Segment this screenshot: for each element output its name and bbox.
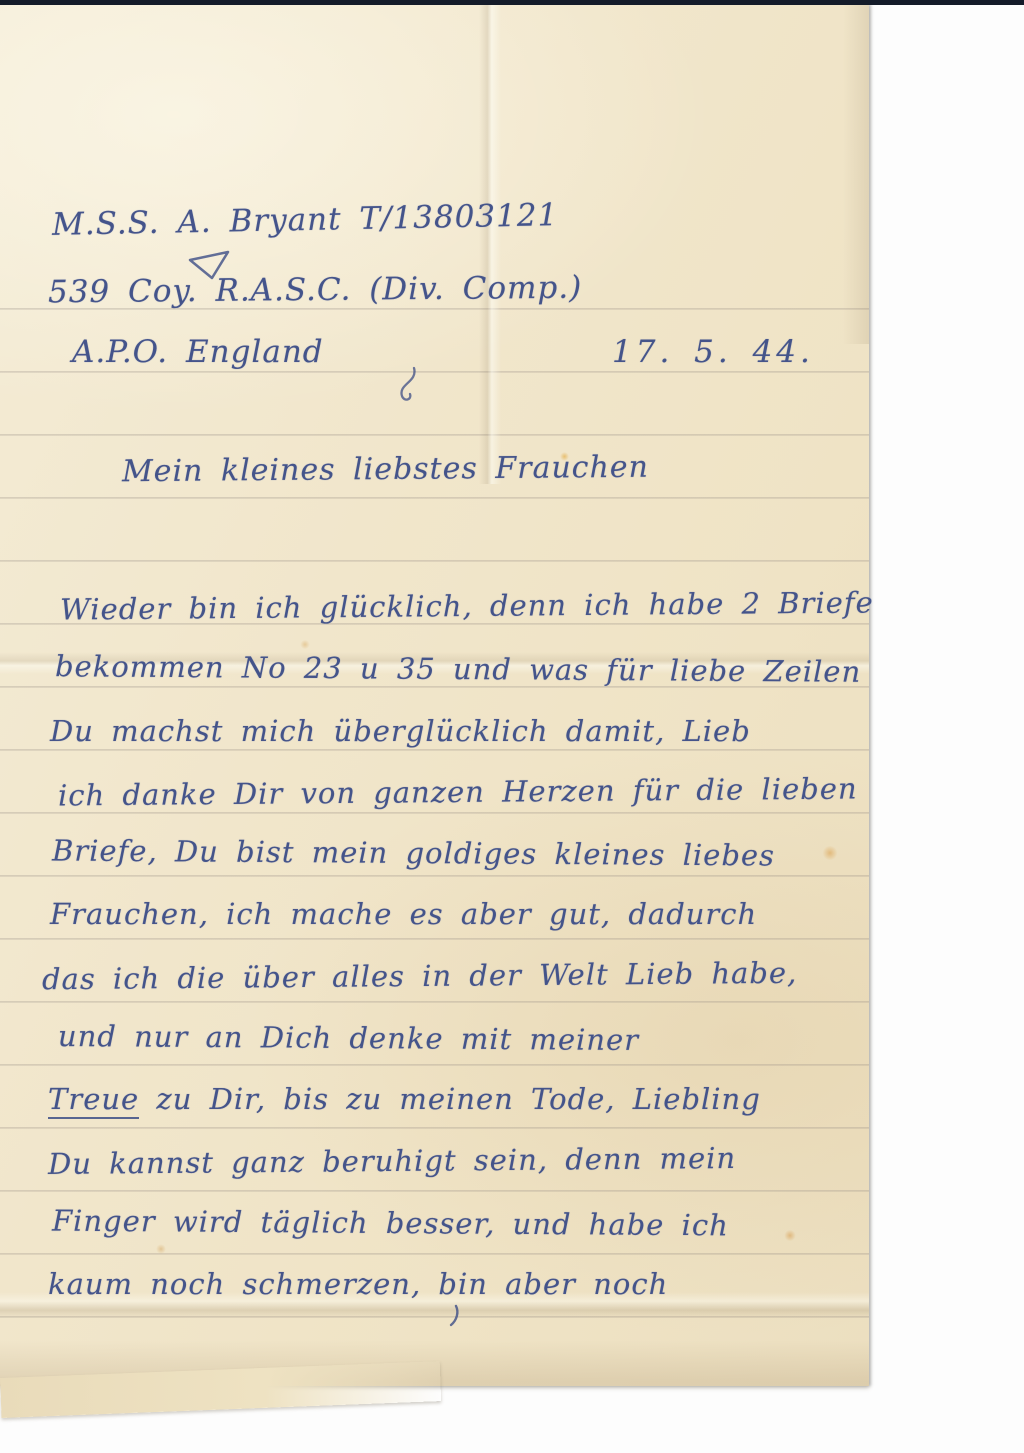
body-line: Finger wird täglich besser, und habe ich [52,1204,729,1243]
paper-stain [784,1230,796,1241]
paper-edge-shading [843,4,869,344]
body-line: Du kannst ganz beruhigt sein, denn mein [48,1141,736,1181]
body-line: Treue zu Dir, bis zu meinen Tode, Liebli… [48,1082,761,1116]
sender-address-line: A.P.O. England [72,334,324,370]
paper-stain [822,846,838,860]
salutation: Mein kleines liebstes Frauchen [122,450,649,490]
body-line: kaum noch schmerzen, bin aber noch [48,1267,668,1301]
underlined-word: Treue [48,1082,139,1119]
ink-flourish-comma [448,1304,462,1328]
ink-flourish-triangle [186,248,232,282]
paper-stain [156,1244,166,1254]
body-line: Du machst mich überglücklich damit, Lieb [50,714,751,748]
scanned-letter-page: M.S.S. A. Bryant T/13803121 539 Coy. R.A… [0,0,1024,1453]
body-line: Wieder bin ich glücklich, denn ich habe … [60,585,874,626]
letter-date: 17. 5. 44. [612,334,814,370]
scan-edge-strip [0,0,1024,5]
body-line: ich danke Dir von ganzen Herzen für die … [58,772,858,813]
body-line-rest: zu Dir, bis zu meinen Tode, Liebling [139,1082,761,1116]
paper-stain [300,640,310,649]
fold-crease-vertical [479,4,501,484]
sender-unit-line: 539 Coy. R.A.S.C. (Div. Comp.) [48,270,583,311]
ink-flourish-hook [392,366,422,404]
body-line: Frauchen, ich mache es aber gut, dadurch [50,897,757,931]
letter-paper: M.S.S. A. Bryant T/13803121 539 Coy. R.A… [0,4,869,1386]
body-line: bekommen No 23 u 35 und was für liebe Ze… [55,649,861,689]
body-line: und nur an Dich denke mit meiner [58,1019,639,1057]
body-line: das ich die über alles in der Welt Lieb … [42,956,798,997]
body-line: Briefe, Du bist mein goldiges kleines li… [52,833,775,872]
